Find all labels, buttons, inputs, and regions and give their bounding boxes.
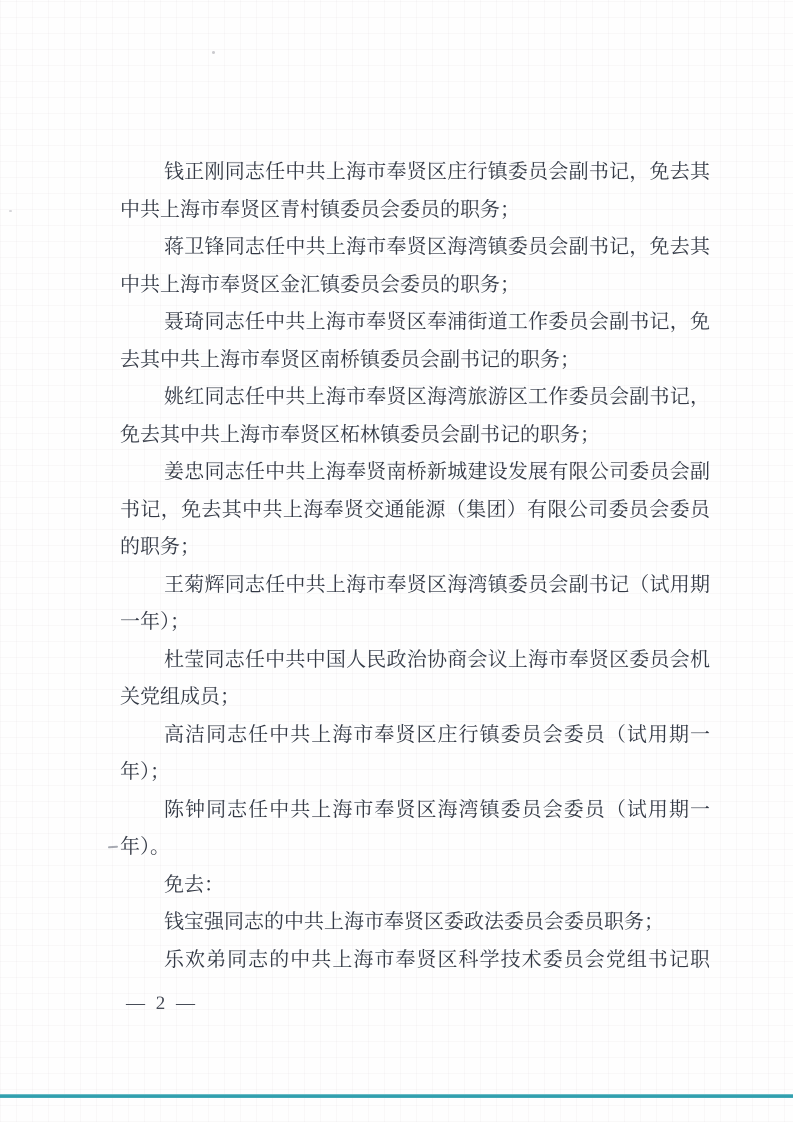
text-line: 钱正刚同志任中共上海市奉贤区庄行镇委员会副书记，免去其 (120, 154, 710, 192)
document-page: 钱正刚同志任中共上海市奉贤区庄行镇委员会副书记，免去其中共上海市奉贤区青村镇委员… (0, 0, 793, 1122)
text-line: 姚红同志任中共上海市奉贤区海湾旅游区工作委员会副书记， (120, 379, 710, 417)
page-number: — 2 — (126, 992, 198, 1016)
text-line: 姜忠同志任中共上海奉贤南桥新城建设发展有限公司委员会副 (120, 454, 710, 492)
text-line: 的职务； (120, 529, 710, 567)
text-line: 关党组成员； (120, 679, 710, 717)
text-line: 王菊辉同志任中共上海市奉贤区海湾镇委员会副书记（试用期 (120, 567, 710, 605)
text-line: 一年）； (120, 604, 710, 642)
text-line: 中共上海市奉贤区青村镇委员会委员的职务； (120, 192, 710, 230)
text-line: 年）； (120, 754, 710, 792)
page-bottom-edge-line (0, 1094, 793, 1098)
text-line: 乐欢弟同志的中共上海市奉贤区科学技术委员会党组书记职 (120, 942, 710, 980)
scan-artifact-speck (9, 210, 12, 212)
text-line: 中共上海市奉贤区金汇镇委员会委员的职务； (120, 267, 710, 305)
text-line: 去其中共上海市奉贤区南桥镇委员会副书记的职务； (120, 342, 710, 380)
text-line: 免去其中共上海市奉贤区柘林镇委员会副书记的职务； (120, 417, 710, 455)
document-text: 钱正刚同志任中共上海市奉贤区庄行镇委员会副书记，免去其中共上海市奉贤区青村镇委员… (120, 154, 710, 979)
text-line: 杜莹同志任中共中国人民政治协商会议上海市奉贤区委员会机 (120, 642, 710, 680)
text-line: 蒋卫锋同志任中共上海市奉贤区海湾镇委员会副书记，免去其 (120, 229, 710, 267)
scan-artifact-speck (212, 51, 215, 54)
text-line: 年）。 (120, 829, 710, 867)
text-line: 高洁同志任中共上海市奉贤区庄行镇委员会委员（试用期一 (120, 717, 710, 755)
text-line: 陈钟同志任中共上海市奉贤区海湾镇委员会委员（试用期一 (120, 792, 710, 830)
text-line: 聂琦同志任中共上海市奉贤区奉浦街道工作委员会副书记，免 (120, 304, 710, 342)
text-line: 免去： (120, 867, 710, 905)
scan-artifact-dash (108, 846, 118, 849)
text-line: 钱宝强同志的中共上海市奉贤区委政法委员会委员职务； (120, 904, 710, 942)
text-line: 书记，免去其中共上海奉贤交通能源（集团）有限公司委员会委员 (120, 492, 710, 530)
